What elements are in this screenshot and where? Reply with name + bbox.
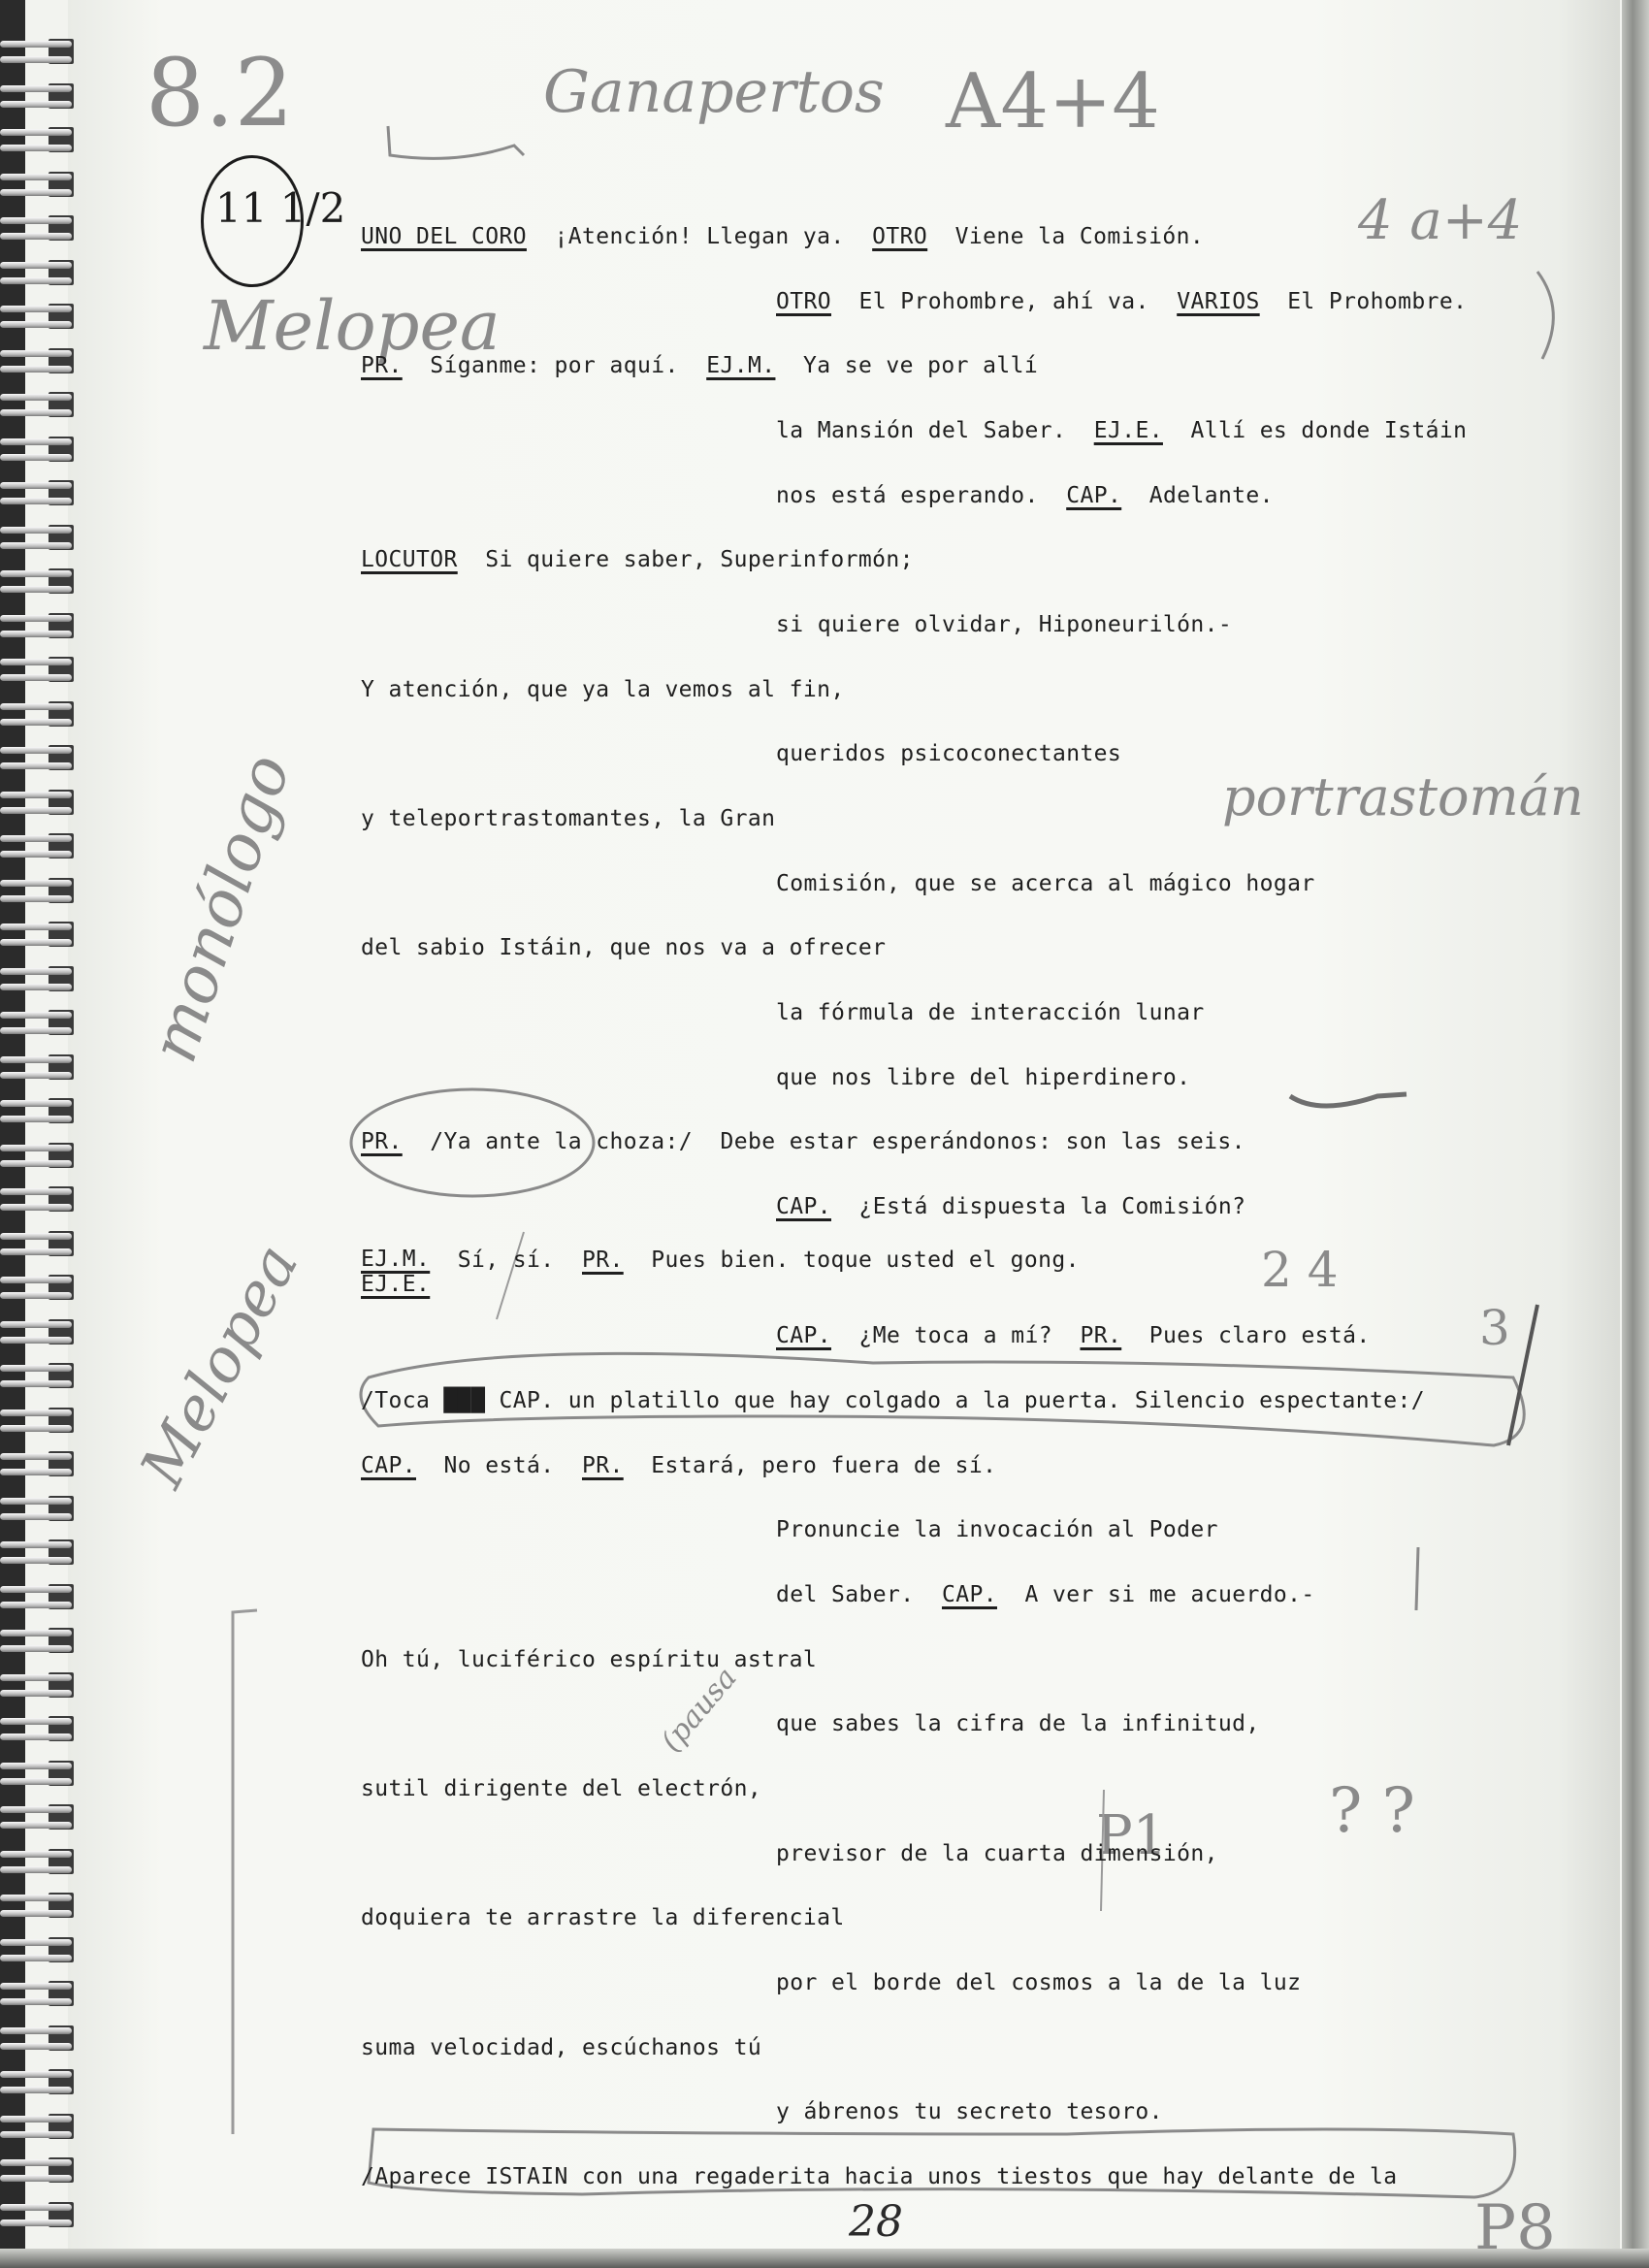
spiral-coil bbox=[0, 170, 76, 199]
dialogue-text: que sabes la cifra de la infinitud, bbox=[776, 1711, 1260, 1736]
dialogue-text: Viene la Comisión. bbox=[955, 224, 1204, 249]
dialogue-text: y ábrenos tu secreto tesoro. bbox=[776, 2099, 1163, 2124]
dialogue-text: Oh tú, luciférico espíritu astral bbox=[361, 1647, 817, 1672]
spiral-coil bbox=[0, 1361, 76, 1390]
spiral-coil bbox=[0, 2155, 76, 2185]
script-line: /Toca ███ CAP. un platillo que hay colga… bbox=[361, 1387, 1425, 1414]
dialogue-text: si quiere olvidar, Hiponeurilón.- bbox=[776, 612, 1232, 637]
dialogue-text: Síganme: por aquí. bbox=[430, 353, 678, 378]
speaker-label: OTRO bbox=[776, 289, 831, 314]
annotation-2-4: 2 4 bbox=[1261, 1242, 1339, 1298]
dialogue-text: Pues bien. toque usted el gong. bbox=[651, 1247, 1080, 1273]
spiral-coil bbox=[0, 1891, 76, 1920]
speaker-label: CAP. bbox=[776, 1194, 831, 1219]
speaker-label: PR. bbox=[361, 353, 403, 378]
script-line: OTRO El Prohombre, ahí va. VARIOS El Pro… bbox=[776, 288, 1467, 315]
spiral-coil bbox=[0, 81, 76, 111]
spiral-coil bbox=[0, 964, 76, 993]
script-line: queridos psicoconectantes bbox=[776, 740, 1121, 767]
spiral-coil bbox=[0, 1273, 76, 1302]
spiral-coil bbox=[0, 125, 76, 154]
annotation-question-marks: ? ? bbox=[1329, 1775, 1415, 1847]
annotation-3: 3 bbox=[1479, 1300, 1510, 1356]
dialogue-text: Ya se ve por allí bbox=[803, 353, 1038, 378]
spiral-coil bbox=[0, 478, 76, 507]
script-line: CAP. ¿Me toca a mí? PR. Pues claro está. bbox=[776, 1322, 1371, 1349]
speaker-label: CAP. bbox=[361, 1453, 416, 1478]
spiral-coil bbox=[0, 1317, 76, 1346]
spiral-coil bbox=[0, 2024, 76, 2053]
spiral-coil bbox=[0, 2200, 76, 2229]
spiral-spine bbox=[0, 0, 25, 2268]
page-bottom-edge bbox=[0, 2249, 1649, 2268]
spiral-coil bbox=[0, 831, 76, 860]
spiral-coil bbox=[0, 1802, 76, 1831]
annotation-p8: P8 bbox=[1474, 2192, 1556, 2264]
spiral-coil bbox=[0, 920, 76, 949]
script-line: nos está esperando. CAP. Adelante. bbox=[776, 482, 1274, 509]
script-line: EJ.M.EJ.E. Sí, sí. PR. Pues bien. toque … bbox=[361, 1247, 1080, 1297]
spiral-coil bbox=[0, 1096, 76, 1125]
spiral-coil bbox=[0, 1406, 76, 1435]
script-line: del Saber. CAP. A ver si me acuerdo.- bbox=[776, 1581, 1315, 1608]
dialogue-text: del Saber. bbox=[776, 1582, 914, 1607]
spiral-coil bbox=[0, 567, 76, 596]
script-line: la Mansión del Saber. EJ.E. Allí es dond… bbox=[776, 417, 1467, 444]
spiral-coil bbox=[0, 788, 76, 817]
speaker-label: EJ.E. bbox=[361, 1272, 430, 1297]
dialogue-text: que nos libre del hiperdinero. bbox=[776, 1065, 1190, 1090]
dialogue-text: ¿Me toca a mí? bbox=[859, 1323, 1052, 1348]
dialogue-text: Estará, pero fuera de sí. bbox=[651, 1453, 996, 1478]
spiral-coil bbox=[0, 611, 76, 640]
spiral-coil bbox=[0, 1053, 76, 1082]
spiral-coil bbox=[0, 1935, 76, 1964]
spiral-coil bbox=[0, 1847, 76, 1876]
script-line: PR. Síganme: por aquí. EJ.M. Ya se ve po… bbox=[361, 352, 1038, 379]
page-number: 28 bbox=[849, 2197, 903, 2247]
speaker-label: CAP. bbox=[942, 1582, 997, 1607]
dialogue-text: /Ya ante la choza:/ bbox=[430, 1129, 693, 1154]
spiral-coil bbox=[0, 655, 76, 684]
dialogue-text: nos está esperando. bbox=[776, 483, 1039, 508]
dialogue-text: doquiera te arrastre la diferencial bbox=[361, 1905, 845, 1930]
dialogue-text: /Toca ███ CAP. un platillo que hay colga… bbox=[361, 1388, 1425, 1413]
spiral-coil bbox=[0, 1582, 76, 1611]
spiral-coil bbox=[0, 1184, 76, 1214]
dialogue-text: Sí, sí. bbox=[458, 1247, 555, 1273]
script-line: sutil dirigente del electrón, bbox=[361, 1775, 761, 1802]
spiral-coil bbox=[0, 37, 76, 66]
dialogue-text: No está. bbox=[444, 1453, 555, 1478]
speaker-label: EJ.M. bbox=[706, 353, 775, 378]
spiral-coil bbox=[0, 1449, 76, 1478]
script-line: CAP. No está. PR. Estará, pero fuera de … bbox=[361, 1452, 996, 1479]
dialogue-text: queridos psicoconectantes bbox=[776, 741, 1121, 766]
dialogue-text: suma velocidad, escúchanos tú bbox=[361, 2035, 761, 2060]
speaker-stack: EJ.M.EJ.E. bbox=[361, 1247, 430, 1297]
page-right-edge bbox=[1622, 0, 1649, 2268]
speaker-label: PR. bbox=[1080, 1323, 1121, 1348]
dialogue-text: y teleportrastomantes, la Gran bbox=[361, 806, 775, 831]
speaker-label: CAP. bbox=[1066, 483, 1121, 508]
spiral-coil bbox=[0, 1626, 76, 1655]
annotation-4a-plus-4: 4 a+4 bbox=[1358, 189, 1522, 252]
script-line: doquiera te arrastre la diferencial bbox=[361, 1904, 845, 1931]
spiral-coil bbox=[0, 258, 76, 287]
spiral-coil bbox=[0, 1670, 76, 1700]
spiral-coil bbox=[0, 302, 76, 331]
spiral-coil bbox=[0, 435, 76, 464]
script-line: del sabio Istáin, que nos va a ofrecer bbox=[361, 934, 886, 961]
annotation-a4-plus-4: A4+4 bbox=[946, 58, 1160, 146]
speaker-label: EJ.E. bbox=[1094, 418, 1163, 443]
speaker-label: OTRO bbox=[872, 224, 927, 249]
dialogue-text: Pronuncie la invocación al Poder bbox=[776, 1517, 1218, 1542]
spiral-coil bbox=[0, 346, 76, 375]
dialogue-text: Si quiere saber, Superinformón; bbox=[485, 547, 914, 572]
spiral-coil bbox=[0, 2067, 76, 2096]
spiral-coil bbox=[0, 1229, 76, 1258]
dialogue-text: /Aparece ISTAIN con una regaderita hacia… bbox=[361, 2164, 1398, 2189]
spiral-coil bbox=[0, 876, 76, 905]
speaker-label: PR. bbox=[582, 1247, 624, 1273]
script-line: UNO DEL CORO ¡Atención! Llegan ya. OTRO … bbox=[361, 223, 1204, 250]
script-line: LOCUTOR Si quiere saber, Superinformón; bbox=[361, 546, 914, 573]
script-line: previsor de la cuarta dimensión, bbox=[776, 1840, 1218, 1867]
spiral-coil bbox=[0, 699, 76, 729]
script-line: PR. /Ya ante la choza:/ Debe estar esper… bbox=[361, 1128, 1245, 1155]
dialogue-text: Comisión, que se acerca al mágico hogar bbox=[776, 871, 1315, 896]
dialogue-text: la fórmula de interacción lunar bbox=[776, 1000, 1205, 1025]
dialogue-text: Debe estar esperándonos: son las seis. bbox=[720, 1129, 1245, 1154]
script-line: Comisión, que se acerca al mágico hogar bbox=[776, 870, 1315, 897]
speaker-label: PR. bbox=[582, 1453, 624, 1478]
annotation-section-number: 8.2 bbox=[145, 39, 294, 147]
script-line: si quiere olvidar, Hiponeurilón.- bbox=[776, 611, 1232, 638]
spiral-coil bbox=[0, 1008, 76, 1037]
spiral-coil bbox=[0, 1979, 76, 2008]
annotation-portrastoman: portrastomán bbox=[1222, 766, 1584, 827]
spiral-coil bbox=[0, 1714, 76, 1743]
script-line: la fórmula de interacción lunar bbox=[776, 999, 1205, 1026]
dialogue-text: Adelante. bbox=[1149, 483, 1274, 508]
script-line: por el borde del cosmos a la de la luz bbox=[776, 1969, 1301, 1996]
dialogue-text: la Mansión del Saber. bbox=[776, 418, 1066, 443]
dialogue-text: del sabio Istáin, que nos va a ofrecer bbox=[361, 935, 886, 960]
dialogue-text: Y atención, que ya la vemos al fin, bbox=[361, 677, 845, 702]
dialogue-text: previsor de la cuarta dimensión, bbox=[776, 1841, 1218, 1866]
dialogue-text: por el borde del cosmos a la de la luz bbox=[776, 1970, 1301, 1995]
script-line: Pronuncie la invocación al Poder bbox=[776, 1516, 1218, 1543]
dialogue-text: ¡Atención! Llegan ya. bbox=[554, 224, 844, 249]
annotation-ganapertos: Ganapertos bbox=[543, 58, 885, 126]
dialogue-text: El Prohombre, ahí va. bbox=[859, 289, 1149, 314]
spiral-coil bbox=[0, 1759, 76, 1788]
dialogue-text: A ver si me acuerdo.- bbox=[1024, 1582, 1314, 1607]
spiral-coil bbox=[0, 1538, 76, 1567]
script-line: y ábrenos tu secreto tesoro. bbox=[776, 2098, 1163, 2125]
dialogue-text: ¿Está dispuesta la Comisión? bbox=[859, 1194, 1246, 1219]
speaker-label: CAP. bbox=[776, 1323, 831, 1348]
speaker-label: UNO DEL CORO bbox=[361, 224, 527, 249]
script-line: y teleportrastomantes, la Gran bbox=[361, 805, 775, 832]
script-line: /Aparece ISTAIN con una regaderita hacia… bbox=[361, 2163, 1398, 2190]
dialogue-text: El Prohombre. bbox=[1287, 289, 1467, 314]
speaker-label: VARIOS bbox=[1177, 289, 1259, 314]
dialogue-text: Pues claro está. bbox=[1149, 1323, 1371, 1348]
annotation-circled-number: 11 1/2 bbox=[215, 184, 345, 232]
spiral-coil bbox=[0, 213, 76, 243]
script-line: que sabes la cifra de la infinitud, bbox=[776, 1710, 1260, 1737]
dialogue-text: sutil dirigente del electrón, bbox=[361, 1776, 761, 1801]
script-line: suma velocidad, escúchanos tú bbox=[361, 2034, 761, 2061]
script-line: CAP. ¿Está dispuesta la Comisión? bbox=[776, 1193, 1245, 1220]
script-line: Oh tú, luciférico espíritu astral bbox=[361, 1646, 817, 1673]
speaker-label: PR. bbox=[361, 1129, 403, 1154]
spiral-coil bbox=[0, 523, 76, 552]
spiral-coil bbox=[0, 390, 76, 419]
spiral-coil bbox=[0, 743, 76, 772]
speaker-label: LOCUTOR bbox=[361, 547, 458, 572]
spiral-coil bbox=[0, 1141, 76, 1170]
spiral-coil bbox=[0, 1494, 76, 1523]
spiral-coil bbox=[0, 2112, 76, 2141]
script-line: que nos libre del hiperdinero. bbox=[776, 1064, 1190, 1091]
speaker-label: EJ.M. bbox=[361, 1247, 430, 1272]
script-line: Y atención, que ya la vemos al fin, bbox=[361, 676, 845, 703]
dialogue-text: Allí es donde Istáin bbox=[1190, 418, 1467, 443]
